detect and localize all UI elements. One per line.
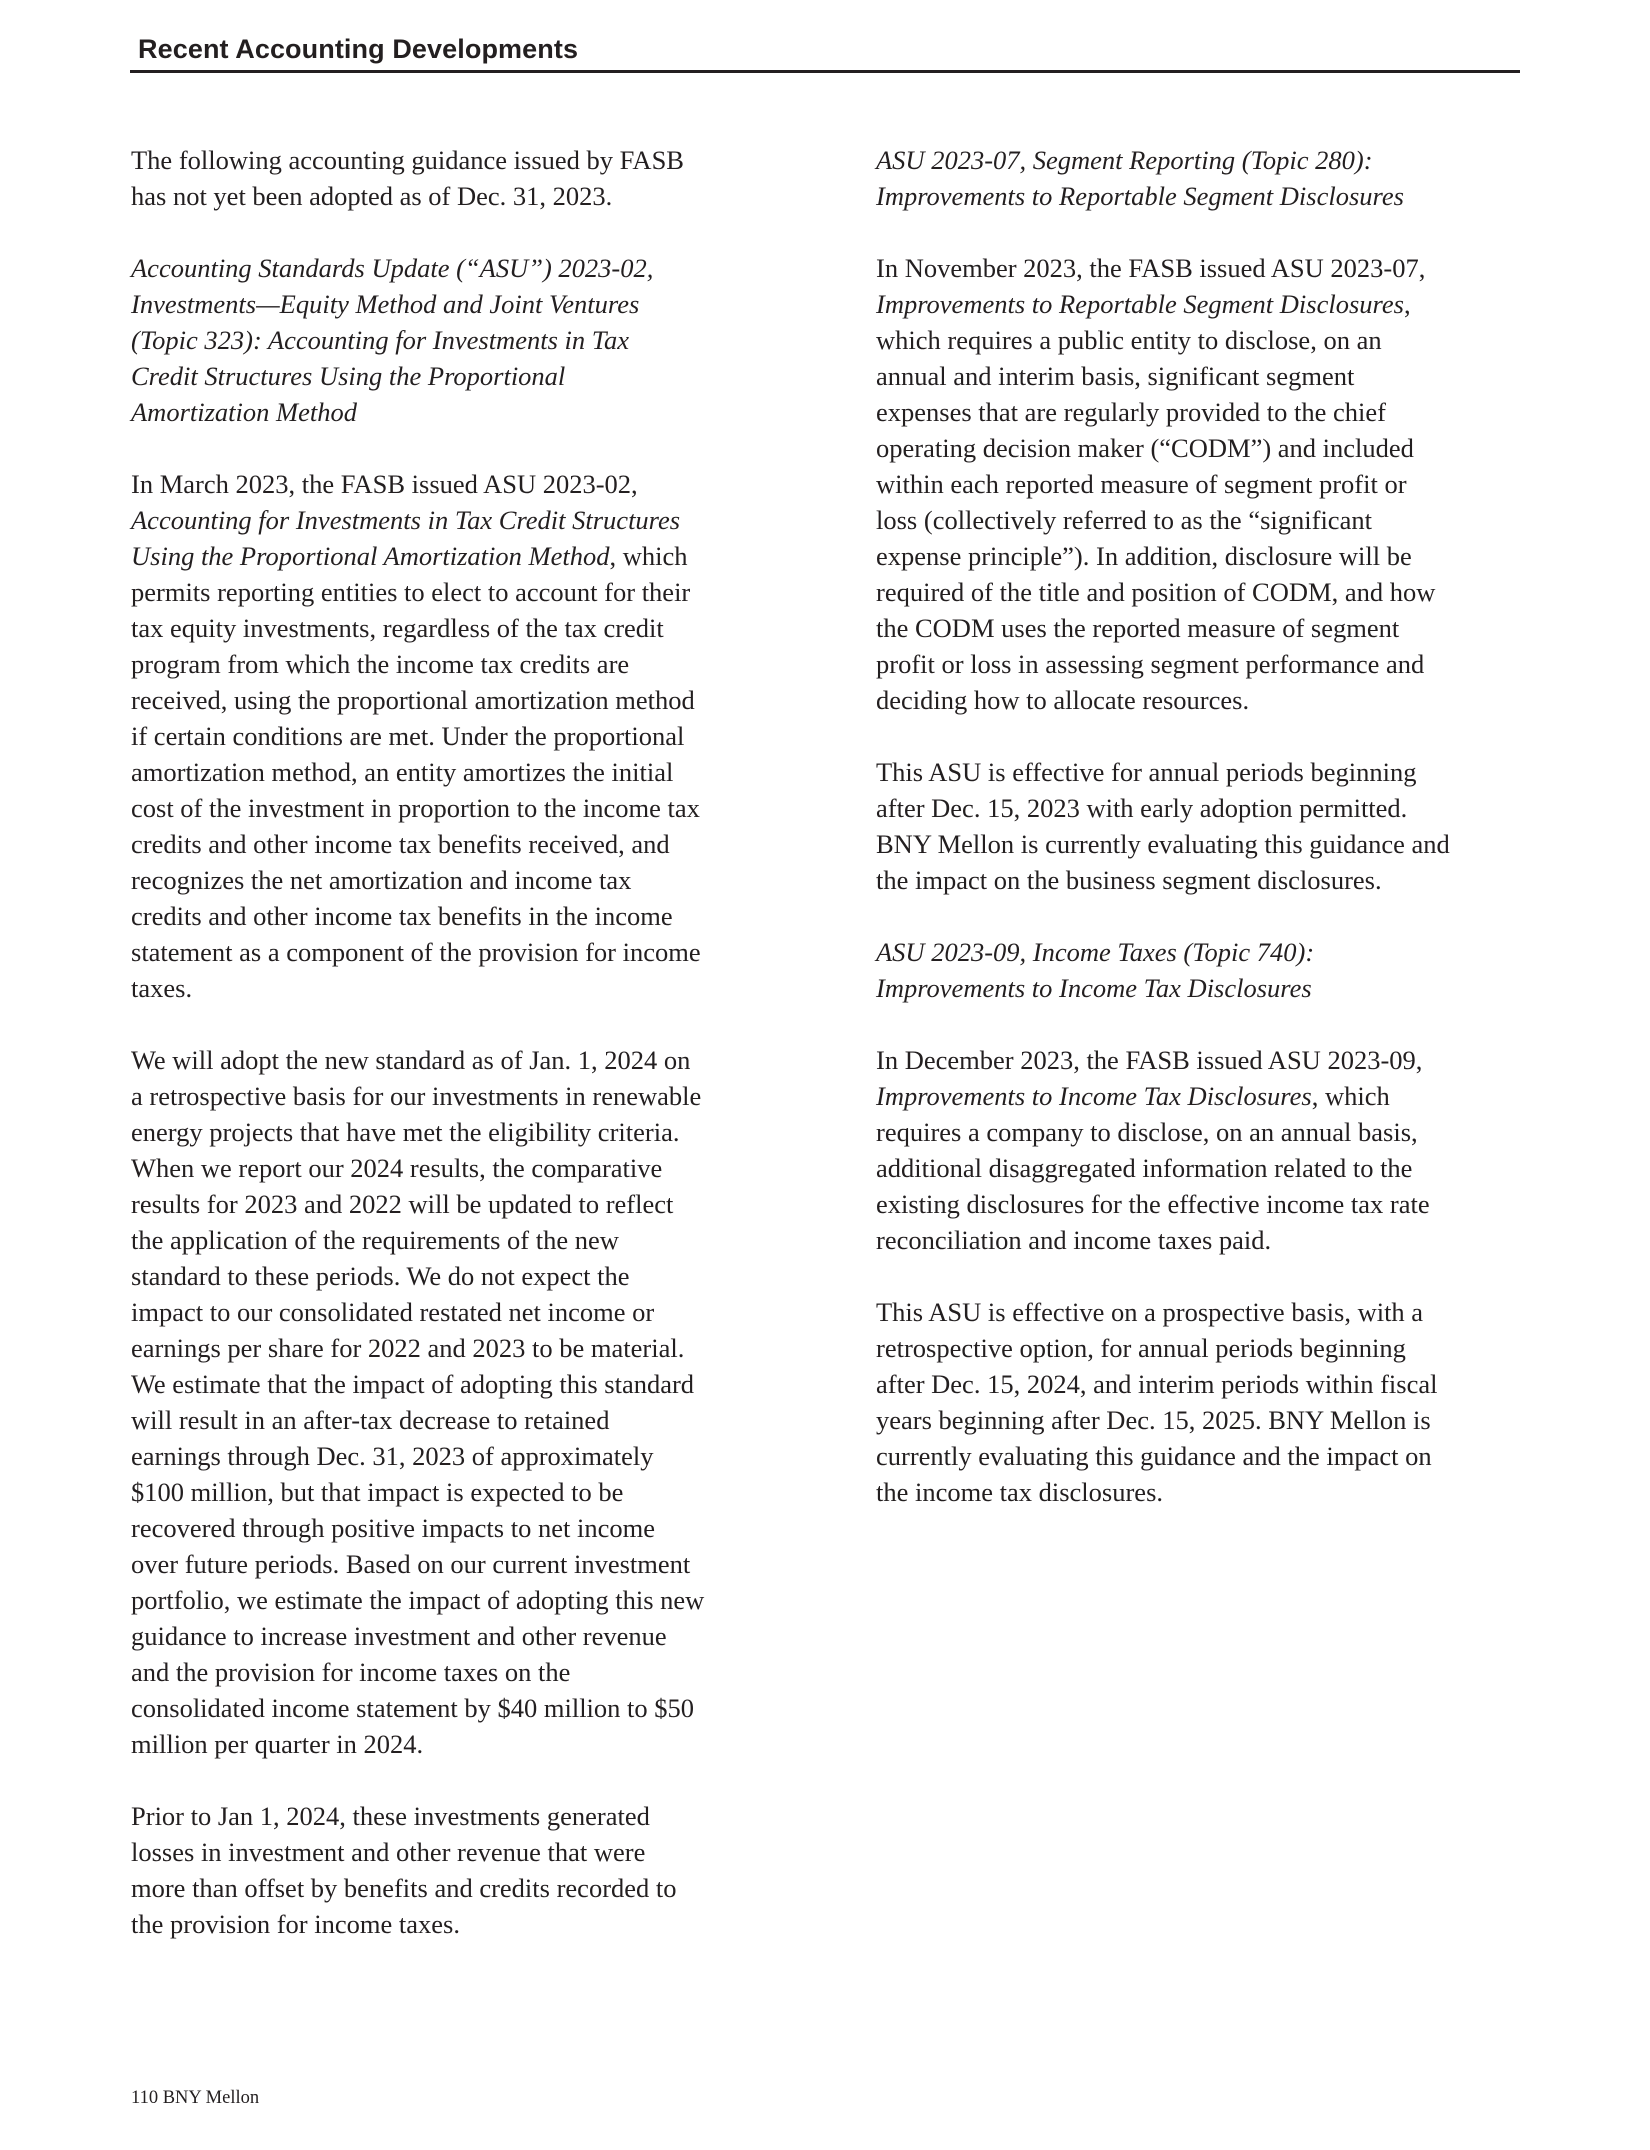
text-line: deciding how to allocate resources. [876,682,1556,718]
text-line: Improvements to Reportable Segment Discl… [876,286,1556,322]
text-line: permits reporting entities to elect to a… [131,574,811,610]
text-line: We estimate that the impact of adopting … [131,1366,811,1402]
asu-2023-09-description: In December 2023, the FASB issued ASU 20… [876,1042,1556,1258]
text-line: has not yet been adopted as of Dec. 31, … [131,178,811,214]
text-line: within each reported measure of segment … [876,466,1556,502]
text-line: This ASU is effective for annual periods… [876,754,1556,790]
text-line: annual and interim basis, significant se… [876,358,1556,394]
text-line: required of the title and position of CO… [876,574,1556,610]
text-line: Investments—Equity Method and Joint Vent… [131,286,811,322]
text-line: earnings through Dec. 31, 2023 of approx… [131,1438,811,1474]
text-line: When we report our 2024 results, the com… [131,1150,811,1186]
text-line: guidance to increase investment and othe… [131,1618,811,1654]
text-line: retrospective option, for annual periods… [876,1330,1556,1366]
text-line: recognizes the net amortization and inco… [131,862,811,898]
text-line: Improvements to Income Tax Disclosures [876,970,1556,1006]
text-fragment: , which [1312,1081,1390,1111]
text-line: taxes. [131,970,811,1006]
text-line: recovered through positive impacts to ne… [131,1510,811,1546]
text-line: will result in an after-tax decrease to … [131,1402,811,1438]
text-line: consolidated income statement by $40 mil… [131,1690,811,1726]
text-line: This ASU is effective on a prospective b… [876,1294,1556,1330]
text-line: In March 2023, the FASB issued ASU 2023-… [131,466,811,502]
text-line: profit or loss in assessing segment perf… [876,646,1556,682]
text-line: the income tax disclosures. [876,1474,1556,1510]
prior-period-paragraph: Prior to Jan 1, 2024, these investments … [131,1798,811,1942]
text-line: In November 2023, the FASB issued ASU 20… [876,250,1556,286]
asu-2023-07-heading: ASU 2023-07, Segment Reporting (Topic 28… [876,142,1556,214]
text-line: million per quarter in 2024. [131,1726,811,1762]
asu-2023-02-description: In March 2023, the FASB issued ASU 2023-… [131,466,811,1006]
text-line: tax equity investments, regardless of th… [131,610,811,646]
text-line: if certain conditions are met. Under the… [131,718,811,754]
text-line: reconciliation and income taxes paid. [876,1222,1556,1258]
text-line: The following accounting guidance issued… [131,142,811,178]
text-line: $100 million, but that impact is expecte… [131,1474,811,1510]
asu-2023-09-heading: ASU 2023-09, Income Taxes (Topic 740): I… [876,934,1556,1006]
header-divider [130,70,1520,73]
text-line: program from which the income tax credit… [131,646,811,682]
text-line: Using the Proportional Amortization Meth… [131,538,811,574]
text-line: received, using the proportional amortiz… [131,682,811,718]
text-line: operating decision maker (“CODM”) and in… [876,430,1556,466]
text-line: credits and other income tax benefits in… [131,898,811,934]
text-line: more than offset by benefits and credits… [131,1870,811,1906]
text-line: energy projects that have met the eligib… [131,1114,811,1150]
italic-title: Improvements to Reportable Segment Discl… [876,289,1404,319]
adoption-paragraph: We will adopt the new standard as of Jan… [131,1042,811,1762]
text-line: statement as a component of the provisio… [131,934,811,970]
text-line: ASU 2023-07, Segment Reporting (Topic 28… [876,142,1556,178]
italic-title: Improvements to Income Tax Disclosures [876,1081,1312,1111]
text-line: years beginning after Dec. 15, 2025. BNY… [876,1402,1556,1438]
left-column: The following accounting guidance issued… [131,142,811,1978]
text-line: Improvements to Reportable Segment Discl… [876,178,1556,214]
text-line: existing disclosures for the effective i… [876,1186,1556,1222]
text-line: the CODM uses the reported measure of se… [876,610,1556,646]
text-line: the provision for income taxes. [131,1906,811,1942]
text-line: a retrospective basis for our investment… [131,1078,811,1114]
text-line: losses in investment and other revenue t… [131,1834,811,1870]
text-line: (Topic 323): Accounting for Investments … [131,322,811,358]
asu-2023-07-effective: This ASU is effective for annual periods… [876,754,1556,898]
text-line: requires a company to disclose, on an an… [876,1114,1556,1150]
text-line: expenses that are regularly provided to … [876,394,1556,430]
asu-2023-07-description: In November 2023, the FASB issued ASU 20… [876,250,1556,718]
text-line: BNY Mellon is currently evaluating this … [876,826,1556,862]
text-line: portfolio, we estimate the impact of ado… [131,1582,811,1618]
text-line: Prior to Jan 1, 2024, these investments … [131,1798,811,1834]
text-line: currently evaluating this guidance and t… [876,1438,1556,1474]
text-line: In December 2023, the FASB issued ASU 20… [876,1042,1556,1078]
text-line: after Dec. 15, 2023 with early adoption … [876,790,1556,826]
text-line: Amortization Method [131,394,811,430]
text-line: expense principle”). In addition, disclo… [876,538,1556,574]
text-fragment: , [1404,289,1411,319]
asu-2023-02-heading: Accounting Standards Update (“ASU”) 2023… [131,250,811,430]
asu-2023-09-effective: This ASU is effective on a prospective b… [876,1294,1556,1510]
text-line: amortization method, an entity amortizes… [131,754,811,790]
text-line: standard to these periods. We do not exp… [131,1258,811,1294]
text-line: loss (collectively referred to as the “s… [876,502,1556,538]
text-line: We will adopt the new standard as of Jan… [131,1042,811,1078]
intro-paragraph: The following accounting guidance issued… [131,142,811,214]
text-line: impact to our consolidated restated net … [131,1294,811,1330]
text-line: which requires a public entity to disclo… [876,322,1556,358]
page-section-title: Recent Accounting Developments [138,34,578,65]
right-column: ASU 2023-07, Segment Reporting (Topic 28… [876,142,1556,1546]
text-line: ASU 2023-09, Income Taxes (Topic 740): [876,934,1556,970]
text-line: over future periods. Based on our curren… [131,1546,811,1582]
page-footer: 110 BNY Mellon [131,2088,259,2109]
text-line: the application of the requirements of t… [131,1222,811,1258]
text-line: earnings per share for 2022 and 2023 to … [131,1330,811,1366]
text-line: the impact on the business segment discl… [876,862,1556,898]
text-line: additional disaggregated information rel… [876,1150,1556,1186]
text-line: after Dec. 15, 2024, and interim periods… [876,1366,1556,1402]
text-line: Accounting for Investments in Tax Credit… [131,502,811,538]
text-line: cost of the investment in proportion to … [131,790,811,826]
italic-title: Using the Proportional Amortization Meth… [131,541,609,571]
text-line: Credit Structures Using the Proportional [131,358,811,394]
text-fragment: , which [609,541,687,571]
text-line: and the provision for income taxes on th… [131,1654,811,1690]
text-line: Improvements to Income Tax Disclosures, … [876,1078,1556,1114]
text-line: results for 2023 and 2022 will be update… [131,1186,811,1222]
text-line: credits and other income tax benefits re… [131,826,811,862]
text-line: Accounting Standards Update (“ASU”) 2023… [131,250,811,286]
